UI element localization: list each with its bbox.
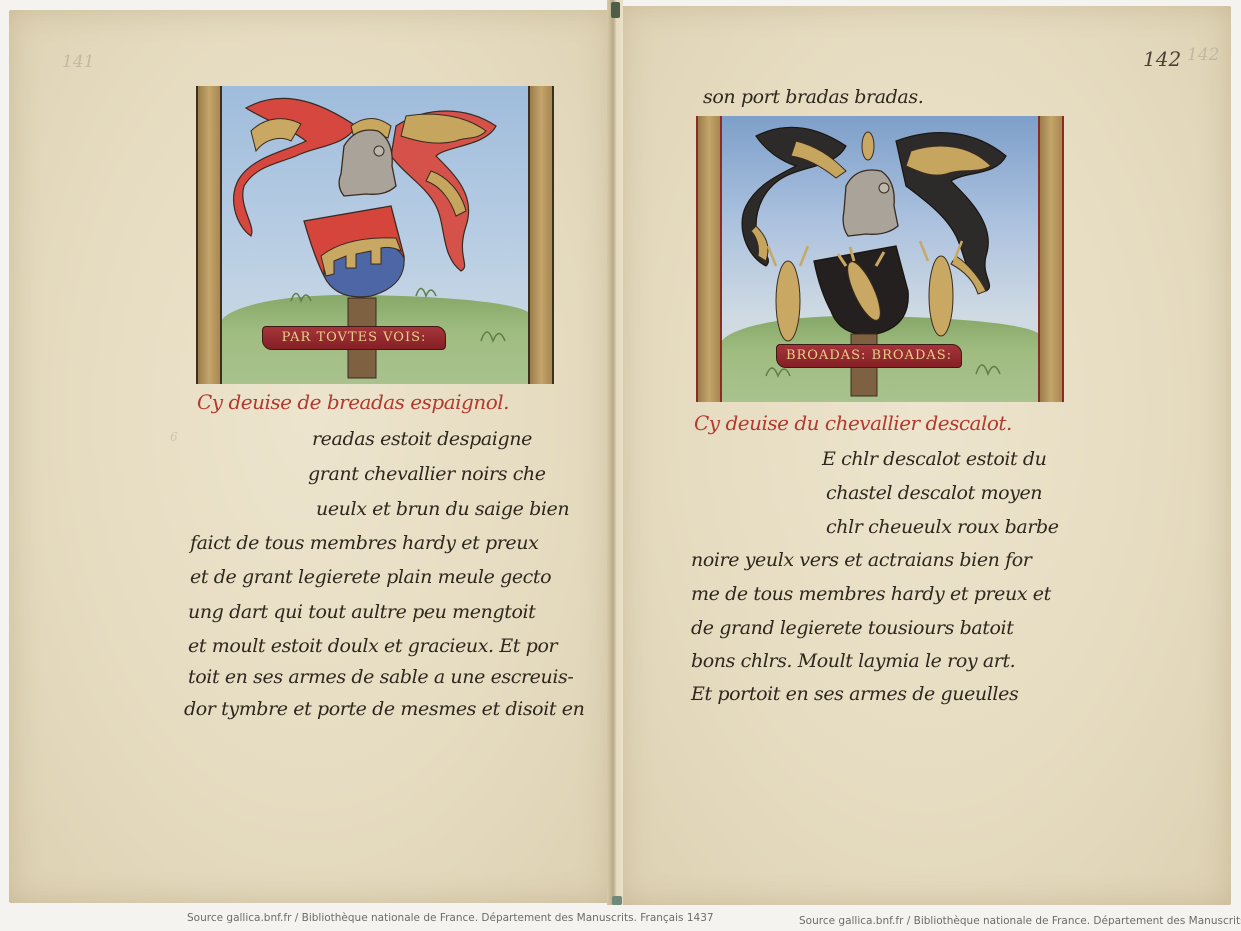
top-line: son port bradas bradas. <box>703 86 923 108</box>
motto-scroll-left: PAR TOVTES VOIS: <box>262 326 446 350</box>
motto-scroll-right: BROADAS: BROADAS: <box>776 344 962 368</box>
text-line: chastel descalot moyen <box>826 482 1042 504</box>
source-caption-right: Source gallica.bnf.fr / Bibliothèque nat… <box>799 915 1241 927</box>
text-line: de grand legierete tousiours batoit <box>691 617 1013 639</box>
text-line: grant chevallier noirs che <box>308 463 546 485</box>
text-line: Et portoit en ses armes de gueulles <box>691 683 1018 705</box>
miniature-right: BROADAS: BROADAS: <box>696 116 1064 402</box>
folio-number: 142 <box>1143 47 1181 71</box>
folio-faint-right: 142 <box>1187 45 1219 65</box>
gutter-clip-bottom <box>612 896 622 905</box>
book-gutter <box>607 0 623 905</box>
text-line: noire yeulx vers et actraians bien for <box>691 549 1032 571</box>
gutter-clip <box>611 2 620 18</box>
rubric-left: Cy deuise de breadas espaignol. <box>197 390 509 414</box>
folio-faint-left: 141 <box>62 52 94 72</box>
text-line: dor tymbre et porte de mesmes et disoit … <box>184 698 584 720</box>
text-line: E chlr descalot estoit du <box>822 448 1047 470</box>
text-line: toit en ses armes de sable a une escreui… <box>188 666 573 688</box>
text-line: ueulx et brun du saige bien <box>316 498 569 520</box>
text-line: me de tous membres hardy et preux et <box>691 583 1051 605</box>
text-line: faict de tous membres hardy et preux <box>190 532 538 554</box>
text-line: bons chlrs. Moult laymia le roy art. <box>691 650 1015 672</box>
initial-mark: 6 <box>170 430 177 444</box>
text-line: chlr cheueulx roux barbe <box>826 516 1059 538</box>
source-caption-left: Source gallica.bnf.fr / Bibliothèque nat… <box>187 912 714 924</box>
text-line: et de grant legierete plain meule gecto <box>190 566 551 588</box>
text-line: et moult estoit doulx et gracieux. Et po… <box>188 635 557 657</box>
rubric-right: Cy deuise du chevallier descalot. <box>694 411 1012 435</box>
text-line: readas estoit despaigne <box>312 428 532 450</box>
text-line: ung dart qui tout aultre peu mengtoit <box>188 601 535 623</box>
miniature-left: PAR TOVTES VOIS: <box>196 86 554 384</box>
